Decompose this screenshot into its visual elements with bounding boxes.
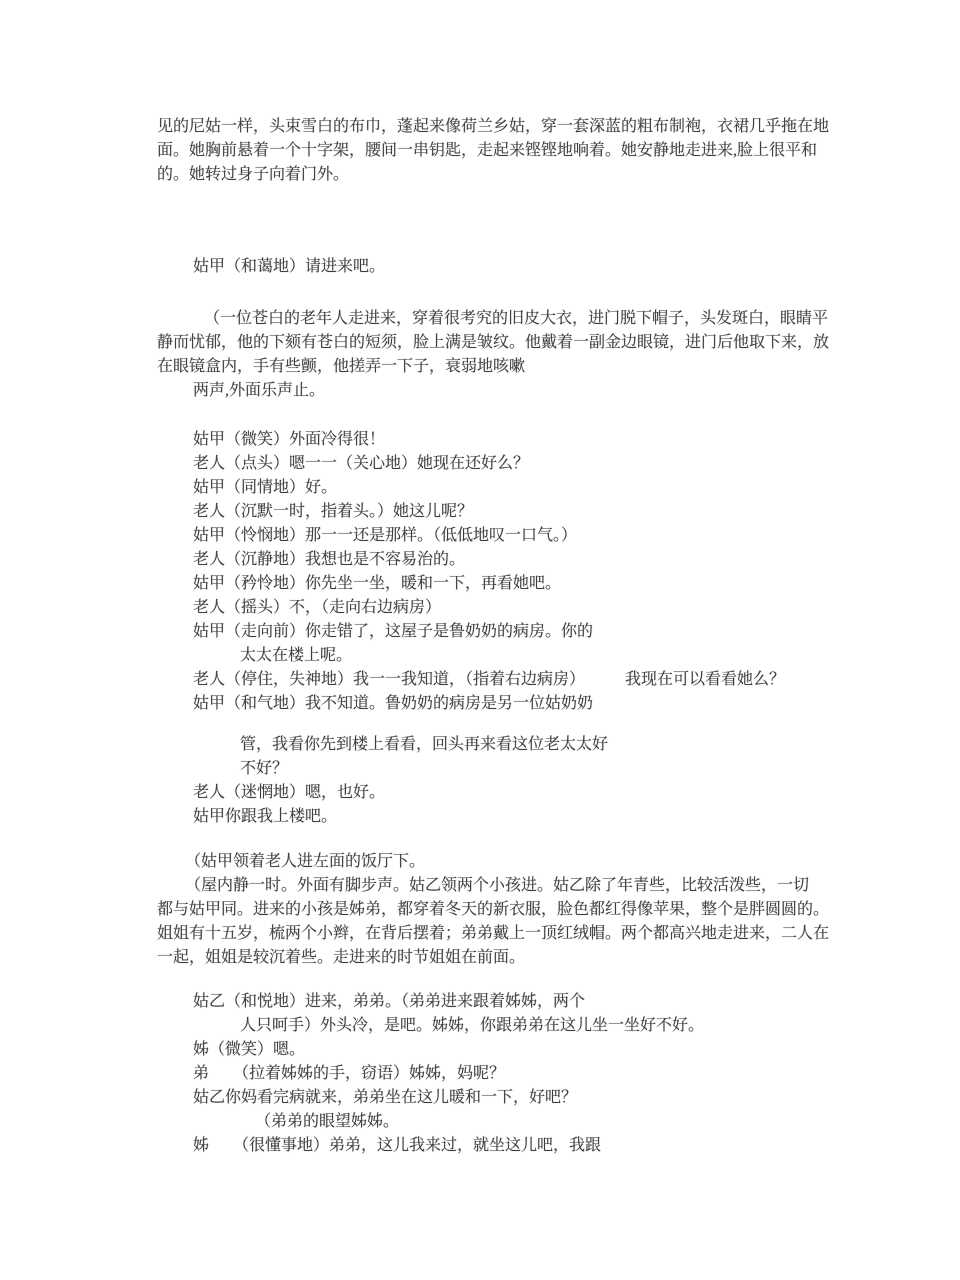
document-page: 见的尼姑一样，头束雪白的布巾，蓬起来像荷兰乡姑，穿一套深蓝的粗布制袍，衣裙几乎拖… (0, 0, 960, 1280)
script-line: 姑甲（怜悯地）那一一还是那样。（低低地叹一口气。） (193, 524, 847, 548)
script-line: 姊（微笑）嗯。 (193, 1038, 847, 1062)
script-line: 管，我看你先到楼上看看，回头再来看这位老太太好 (240, 733, 847, 757)
script-line: 姑甲（微笑）外面冷得很！ (193, 428, 847, 452)
dialogue-block: 姑甲（和蔼地）请进来吧。 (157, 255, 847, 279)
script-line: 不好？ (240, 757, 847, 781)
script-line: （一位苍白的老年人走进来，穿着很考究的旧皮大衣，进门脱下帽子，头发斑白，眼睛平 (204, 307, 847, 331)
dialogue-block: 管，我看你先到楼上看看，回头再来看这位老太太好 不好？ 老人（迷惘地）嗯，也好。… (157, 733, 847, 829)
script-line: 在眼镜盒内，手有些颤，他搓弄一下子，衰弱地咳嗽 (157, 355, 847, 379)
script-line: 一起，姐姐是较沉着些。走进来的时节姐姐在前面。 (157, 946, 847, 970)
script-line: 太太在楼上呢。 (240, 644, 847, 668)
script-line: 都与姑甲同。进来的小孩是姊弟，都穿着冬天的新衣服，脸色都红得像苹果，整个是胖圆圆… (157, 898, 847, 922)
script-line: 姑甲（和蔼地）请进来吧。 (193, 255, 847, 279)
narration-paragraph: 见的尼姑一样，头束雪白的布巾，蓬起来像荷兰乡姑，穿一套深蓝的粗布制袍，衣裙几乎拖… (157, 115, 847, 187)
script-line: 两声,外面乐声止。 (193, 379, 847, 403)
script-line: 姐姐有十五岁，梳两个小辫，在背后摆着；弟弟戴上一顶红绒帽。两个都高兴地走进来，二… (157, 922, 847, 946)
script-line: 人只呵手）外头冷，是吧。姊姊，你跟弟弟在这儿坐一坐好不好。 (240, 1014, 847, 1038)
script-line: （屋内静一时。外面有脚步声。姑乙领两个小孩进。姑乙除了年青些，比较活泼些，一切 (185, 874, 847, 898)
dialogue-block: 姑甲（微笑）外面冷得很！ 老人（点头）嗯一一（关心地）她现在还好么？ 姑甲（同情… (157, 428, 847, 716)
dialogue-block: 姑乙（和悦地）进来，弟弟。（弟弟进来跟着姊姊，两个 人只呵手）外头冷，是吧。姊姊… (157, 990, 847, 1158)
script-line: 姑甲（和气地）我不知道。鲁奶奶的病房是另一位姑奶奶 (193, 692, 847, 716)
script-line: （姑甲领着老人进左面的饭厅下。 (185, 850, 847, 874)
script-line: 老人（迷惘地）嗯，也好。 (193, 781, 847, 805)
script-line: 老人（点头）嗯一一（关心地）她现在还好么？ (193, 452, 847, 476)
script-line: 老人（沉默一时，指着头。）她这儿呢？ (193, 500, 847, 524)
script-line: 老人（停住，失神地）我一一我知道，（指着右边病房） 我现在可以看看她么？ (193, 668, 847, 692)
stage-direction-paragraph: （姑甲领着老人进左面的饭厅下。 （屋内静一时。外面有脚步声。姑乙领两个小孩进。姑… (157, 850, 847, 970)
script-line: 姊 （很懂事地）弟弟，这儿我来过，就坐这儿吧，我跟 (193, 1134, 847, 1158)
script-line: 姑乙你妈看完病就来，弟弟坐在这儿暖和一下，好吧？ (193, 1086, 847, 1110)
script-line: 姑甲（走向前）你走错了，这屋子是鲁奶奶的病房。你的 (193, 620, 847, 644)
script-line: 老人（沉静地）我想也是不容易治的。 (193, 548, 847, 572)
script-line: 老人（摇头）不，（走向右边病房） (193, 596, 847, 620)
script-text-area: 见的尼姑一样，头束雪白的布巾，蓬起来像荷兰乡姑，穿一套深蓝的粗布制袍，衣裙几乎拖… (157, 115, 847, 1158)
script-line: 姑甲（同情地）好。 (193, 476, 847, 500)
script-line: 面。她胸前悬着一个十字架，腰间一串钥匙，走起来铿铿地响着。她安静地走进来,脸上很… (157, 139, 847, 163)
stage-direction-paragraph: （一位苍白的老年人走进来，穿着很考究的旧皮大衣，进门脱下帽子，头发斑白，眼睛平 … (157, 307, 847, 403)
script-line: 姑乙（和悦地）进来，弟弟。（弟弟进来跟着姊姊，两个 (193, 990, 847, 1014)
script-line: 姑甲你跟我上楼吧。 (193, 805, 847, 829)
script-line: 弟 （拉着姊姊的手，窃语）姊姊，妈呢？ (193, 1062, 847, 1086)
script-line: 的。她转过身子向着门外。 (157, 163, 847, 187)
script-line: 见的尼姑一样，头束雪白的布巾，蓬起来像荷兰乡姑，穿一套深蓝的粗布制袍，衣裙几乎拖… (157, 115, 847, 139)
script-line: 姑甲（矜怜地）你先坐一坐，暖和一下，再看她吧。 (193, 572, 847, 596)
script-line: （弟弟的眼望姊姊。 (255, 1110, 847, 1134)
script-line: 静而忧郁，他的下颏有苍白的短须，脸上满是皱纹。他戴着一副金边眼镜，进门后他取下来… (157, 331, 847, 355)
